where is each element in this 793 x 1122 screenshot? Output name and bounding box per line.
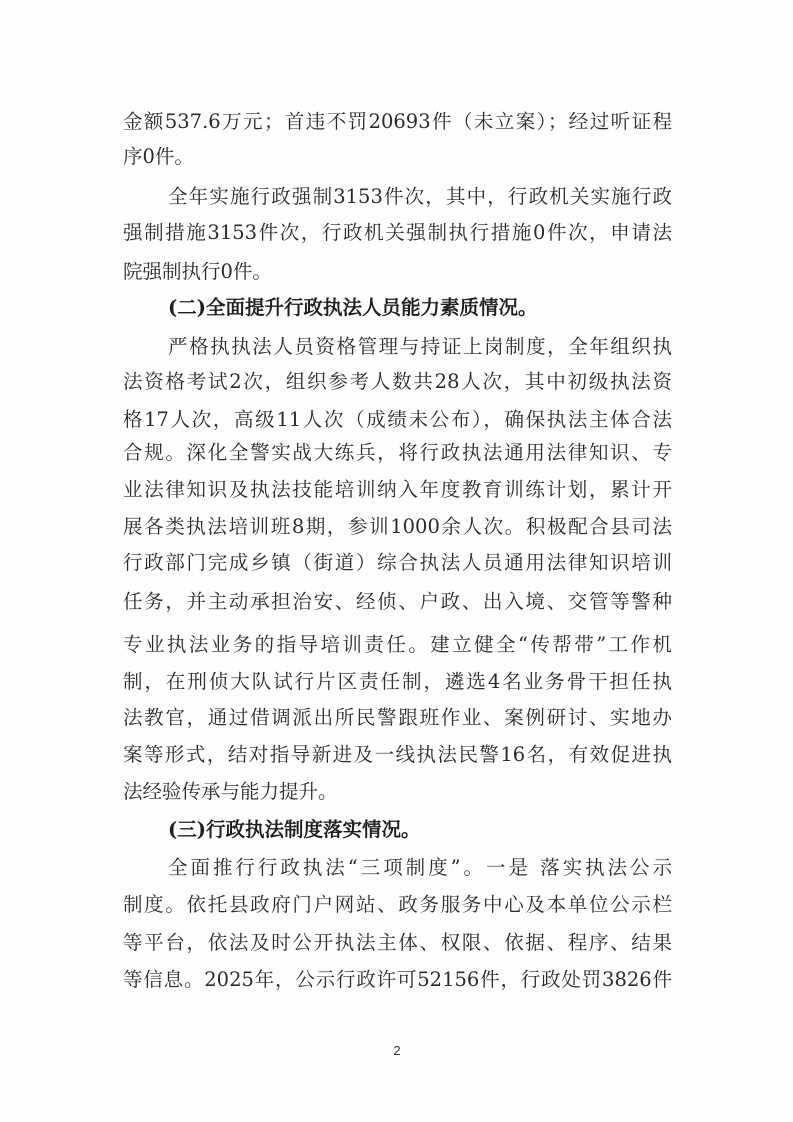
text-line: 强制措施3153件次，行政机关强制执行措施0件次，申请法: [123, 220, 672, 246]
page-number: 2: [386, 1043, 408, 1058]
paragraph-start-line: 全面推行行政执法“三项制度”。一是 落实执法公示: [168, 855, 672, 881]
text-line: 院强制执行0件。: [123, 259, 672, 285]
text-line: 展各类执法培训班8期，参训1000余人次。积极配合县司法: [123, 514, 672, 540]
text-line: 案等形式，结对指导新进及一线执法民警16名，有效促进执: [123, 742, 672, 768]
text-line: 金额537.6万元；首违不罚20693件（未立案）；经过听证程: [123, 109, 672, 135]
paragraph-start-line: 严格执执法人员资格管理与持证上岗制度，全年组织执: [168, 334, 672, 360]
text-line: 法资格考试2次，组织参考人数共28人次，其中初级执法资: [123, 369, 672, 395]
text-line: 等平台，依法及时公开执法主体、权限、依据、程序、结果: [123, 930, 672, 956]
text-line: 专业执法业务的指导培训责任。建立健全“传帮带”工作机: [123, 632, 672, 658]
text-line: 任务，并主动承担治安、经侦、户政、出入境、交管等警种: [123, 589, 672, 615]
text-line: 业法律知识及执法技能培训纳入年度教育训练计划，累计开: [123, 477, 672, 503]
text-line: 格17人次，高级11人次（成绩未公布），确保执法主体合法: [123, 407, 672, 433]
text-line: 序0件。: [123, 144, 672, 170]
section-heading: (二)全面提升行政执法人员能力素质情况。: [168, 295, 672, 321]
text-line: 法教官，通过借调派出所民警跟班作业、案例研讨、实地办: [123, 705, 672, 731]
text-line: 制度。依托县政府门户网站、政务服务中心及本单位公示栏: [123, 892, 672, 918]
section-heading: (三)行政执法制度落实情况。: [168, 817, 672, 843]
text-line: 法经验传承与能力提升。: [123, 779, 672, 805]
document-page: 金额537.6万元；首违不罚20693件（未立案）；经过听证程 序0件。 全年实…: [0, 0, 793, 1122]
paragraph-start-line: 全年实施行政强制3153件次，其中，行政机关实施行政: [168, 184, 672, 210]
text-line: 合规。深化全警实战大练兵，将行政执法通用法律知识、专: [123, 440, 672, 466]
text-line: 制，在刑侦大队试行片区责任制，遴选4名业务骨干担任执: [123, 669, 672, 695]
text-line: 等信息。2025年，公示行政许可52156件，行政处罚3826件: [123, 967, 672, 993]
text-line: 行政部门完成乡镇（街道）综合执法人员通用法律知识培训: [123, 550, 672, 576]
